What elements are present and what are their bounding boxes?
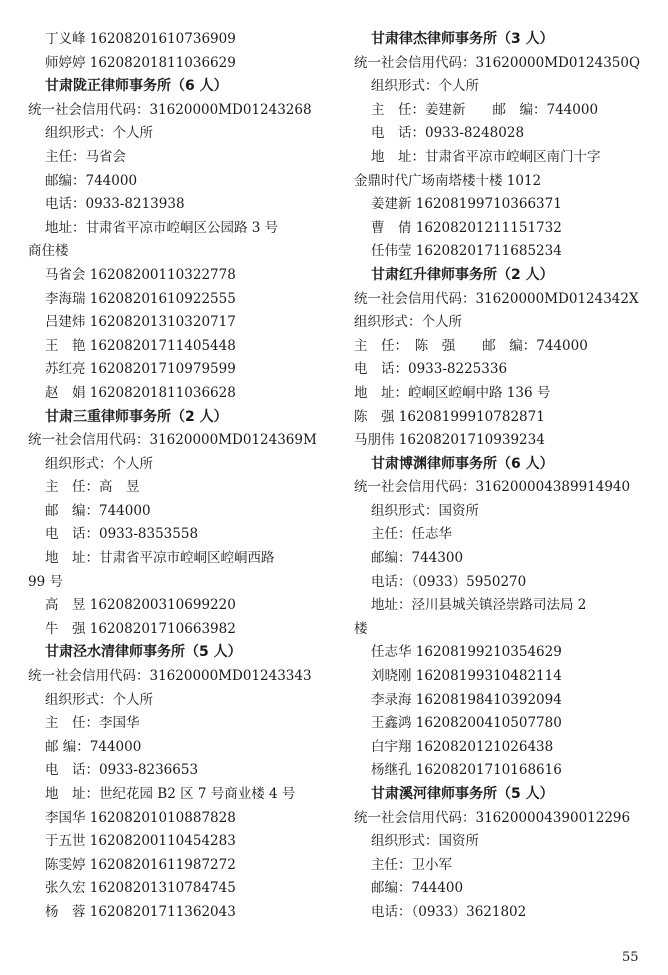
lawyer-entry: 吕建炜 16208201310320717 xyxy=(28,311,328,335)
lawyer-entry: 陈 强 16208199910782871 xyxy=(354,406,654,430)
firm-field: 电 话：0933-8236653 xyxy=(28,759,328,783)
lawyer-entry: 苏红亮 16208201710979599 xyxy=(28,358,328,382)
firm-field: 邮编：744400 xyxy=(354,877,654,901)
lawyer-entry: 李国华 16208201010887828 xyxy=(28,807,328,831)
firm-field: 组织形式：个人所 xyxy=(354,311,654,335)
firm-field: 主 任：高 昱 xyxy=(28,476,328,500)
firm-field: 主 任：姜建新 邮 编：744000 xyxy=(354,99,654,123)
firm-field: 电 话：0933-8353558 xyxy=(28,523,328,547)
firm-title: 甘肃三重律师事务所（2 人） xyxy=(28,406,328,430)
lawyer-entry: 丁义峰 16208201610736909 xyxy=(28,28,328,52)
firm-field: 电 话：0933-8225336 xyxy=(354,358,654,382)
lawyer-entry: 任志华 16208199210354629 xyxy=(354,641,654,665)
firm-field: 电 话：0933-8248028 xyxy=(354,122,654,146)
firm-field: 组织形式：个人所 xyxy=(354,75,654,99)
left-column: 丁义峰 16208201610736909师婷婷 162082018110366… xyxy=(28,28,328,925)
firm-field: 邮 编：744000 xyxy=(28,736,328,760)
firm-field: 统一社会信用代码：31620000MD01243268 xyxy=(28,99,328,123)
firm-field: 99 号 xyxy=(28,571,328,595)
firm-field: 主任：马省会 xyxy=(28,146,328,170)
firm-field: 组织形式：个人所 xyxy=(28,689,328,713)
firm-field: 地 址：崆峒区崆峒中路 136 号 xyxy=(354,382,654,406)
firm-field: 金鼎时代广场南塔楼十楼 1012 xyxy=(354,170,654,194)
lawyer-entry: 高 昱 16208200310699220 xyxy=(28,594,328,618)
lawyer-entry: 白宇翔 1620820121026438 xyxy=(354,736,654,760)
firm-field: 邮编：744300 xyxy=(354,547,654,571)
lawyer-entry: 马朋伟 16208201710939234 xyxy=(354,429,654,453)
lawyer-entry: 王 艳 16208201711405448 xyxy=(28,335,328,359)
firm-title: 甘肃泾水清律师事务所（5 人） xyxy=(28,641,328,665)
lawyer-entry: 马省会 16208200110322778 xyxy=(28,264,328,288)
firm-field: 统一社会信用代码：316200004390012296 xyxy=(354,807,654,831)
firm-title: 甘肃律杰律师事务所（3 人） xyxy=(354,28,654,52)
firm-field: 组织形式：个人所 xyxy=(28,122,328,146)
lawyer-entry: 张久宏 16208201310784745 xyxy=(28,877,328,901)
firm-field: 电话：（0933）3621802 xyxy=(354,901,654,925)
lawyer-entry: 牛 强 16208201710663982 xyxy=(28,618,328,642)
lawyer-entry: 赵 娟 16208201811036628 xyxy=(28,382,328,406)
lawyer-entry: 李录海 16208198410392094 xyxy=(354,689,654,713)
firm-field: 地址：泾川县城关镇泾崇路司法局 2 xyxy=(354,594,654,618)
lawyer-entry: 王鑫鸿 16208200410507780 xyxy=(354,712,654,736)
firm-field: 组织形式：国资所 xyxy=(354,830,654,854)
firm-field: 楼 xyxy=(354,618,654,642)
lawyer-entry: 陈雯婷 16208201611987272 xyxy=(28,854,328,878)
firm-field: 统一社会信用代码：31620000MD0124369M xyxy=(28,429,328,453)
firm-title: 甘肃陇正律师事务所（6 人） xyxy=(28,75,328,99)
firm-field: 地 址：甘肃省平凉市崆峒区南门十字 xyxy=(354,146,654,170)
page-number: 55 xyxy=(622,950,639,965)
firm-field: 电话：0933-8213938 xyxy=(28,193,328,217)
firm-field: 商住楼 xyxy=(28,240,328,264)
firm-field: 组织形式：国资所 xyxy=(354,500,654,524)
firm-title: 甘肃博渊律师事务所（6 人） xyxy=(354,453,654,477)
lawyer-entry: 姜建新 16208199710366371 xyxy=(354,193,654,217)
firm-field: 邮 编：744000 xyxy=(28,500,328,524)
firm-field: 地址：甘肃省平凉市崆峒区公园路 3 号 xyxy=(28,217,328,241)
right-column: 甘肃律杰律师事务所（3 人）统一社会信用代码：31620000MD0124350… xyxy=(354,28,654,925)
lawyer-entry: 师婷婷 16208201811036629 xyxy=(28,52,328,76)
firm-field: 统一社会信用代码：31620000MD0124342X xyxy=(354,288,654,312)
lawyer-entry: 刘晓刚 16208199310482114 xyxy=(354,665,654,689)
firm-field: 主任：卫小军 xyxy=(354,854,654,878)
firm-field: 邮编：744000 xyxy=(28,170,328,194)
firm-field: 主任：任志华 xyxy=(354,523,654,547)
lawyer-entry: 任伟莹 16208201711685234 xyxy=(354,240,654,264)
lawyer-entry: 于五世 16208200110454283 xyxy=(28,830,328,854)
firm-field: 电话：（0933）5950270 xyxy=(354,571,654,595)
firm-field: 统一社会信用代码：31620000MD0124350Q xyxy=(354,52,654,76)
lawyer-entry: 曹 倩 16208201211151732 xyxy=(354,217,654,241)
firm-field: 统一社会信用代码：31620000MD01243343 xyxy=(28,665,328,689)
lawyer-entry: 李海瑞 16208201610922555 xyxy=(28,288,328,312)
firm-title: 甘肃红升律师事务所（2 人） xyxy=(354,264,654,288)
firm-field: 组织形式：个人所 xyxy=(28,453,328,477)
lawyer-entry: 杨继孔 16208201710168616 xyxy=(354,759,654,783)
firm-field: 地 址：世纪花园 B2 区 7 号商业楼 4 号 xyxy=(28,783,328,807)
firm-title: 甘肃溪河律师事务所（5 人） xyxy=(354,783,654,807)
firm-field: 地 址：甘肃省平凉市崆峒区崆峒西路 xyxy=(28,547,328,571)
lawyer-entry: 杨 蓉 16208201711362043 xyxy=(28,901,328,925)
firm-field: 统一社会信用代码：316200004389914940 xyxy=(354,476,654,500)
firm-field: 主 任： 陈 强 邮 编：744000 xyxy=(354,335,654,359)
firm-field: 主 任：李国华 xyxy=(28,712,328,736)
